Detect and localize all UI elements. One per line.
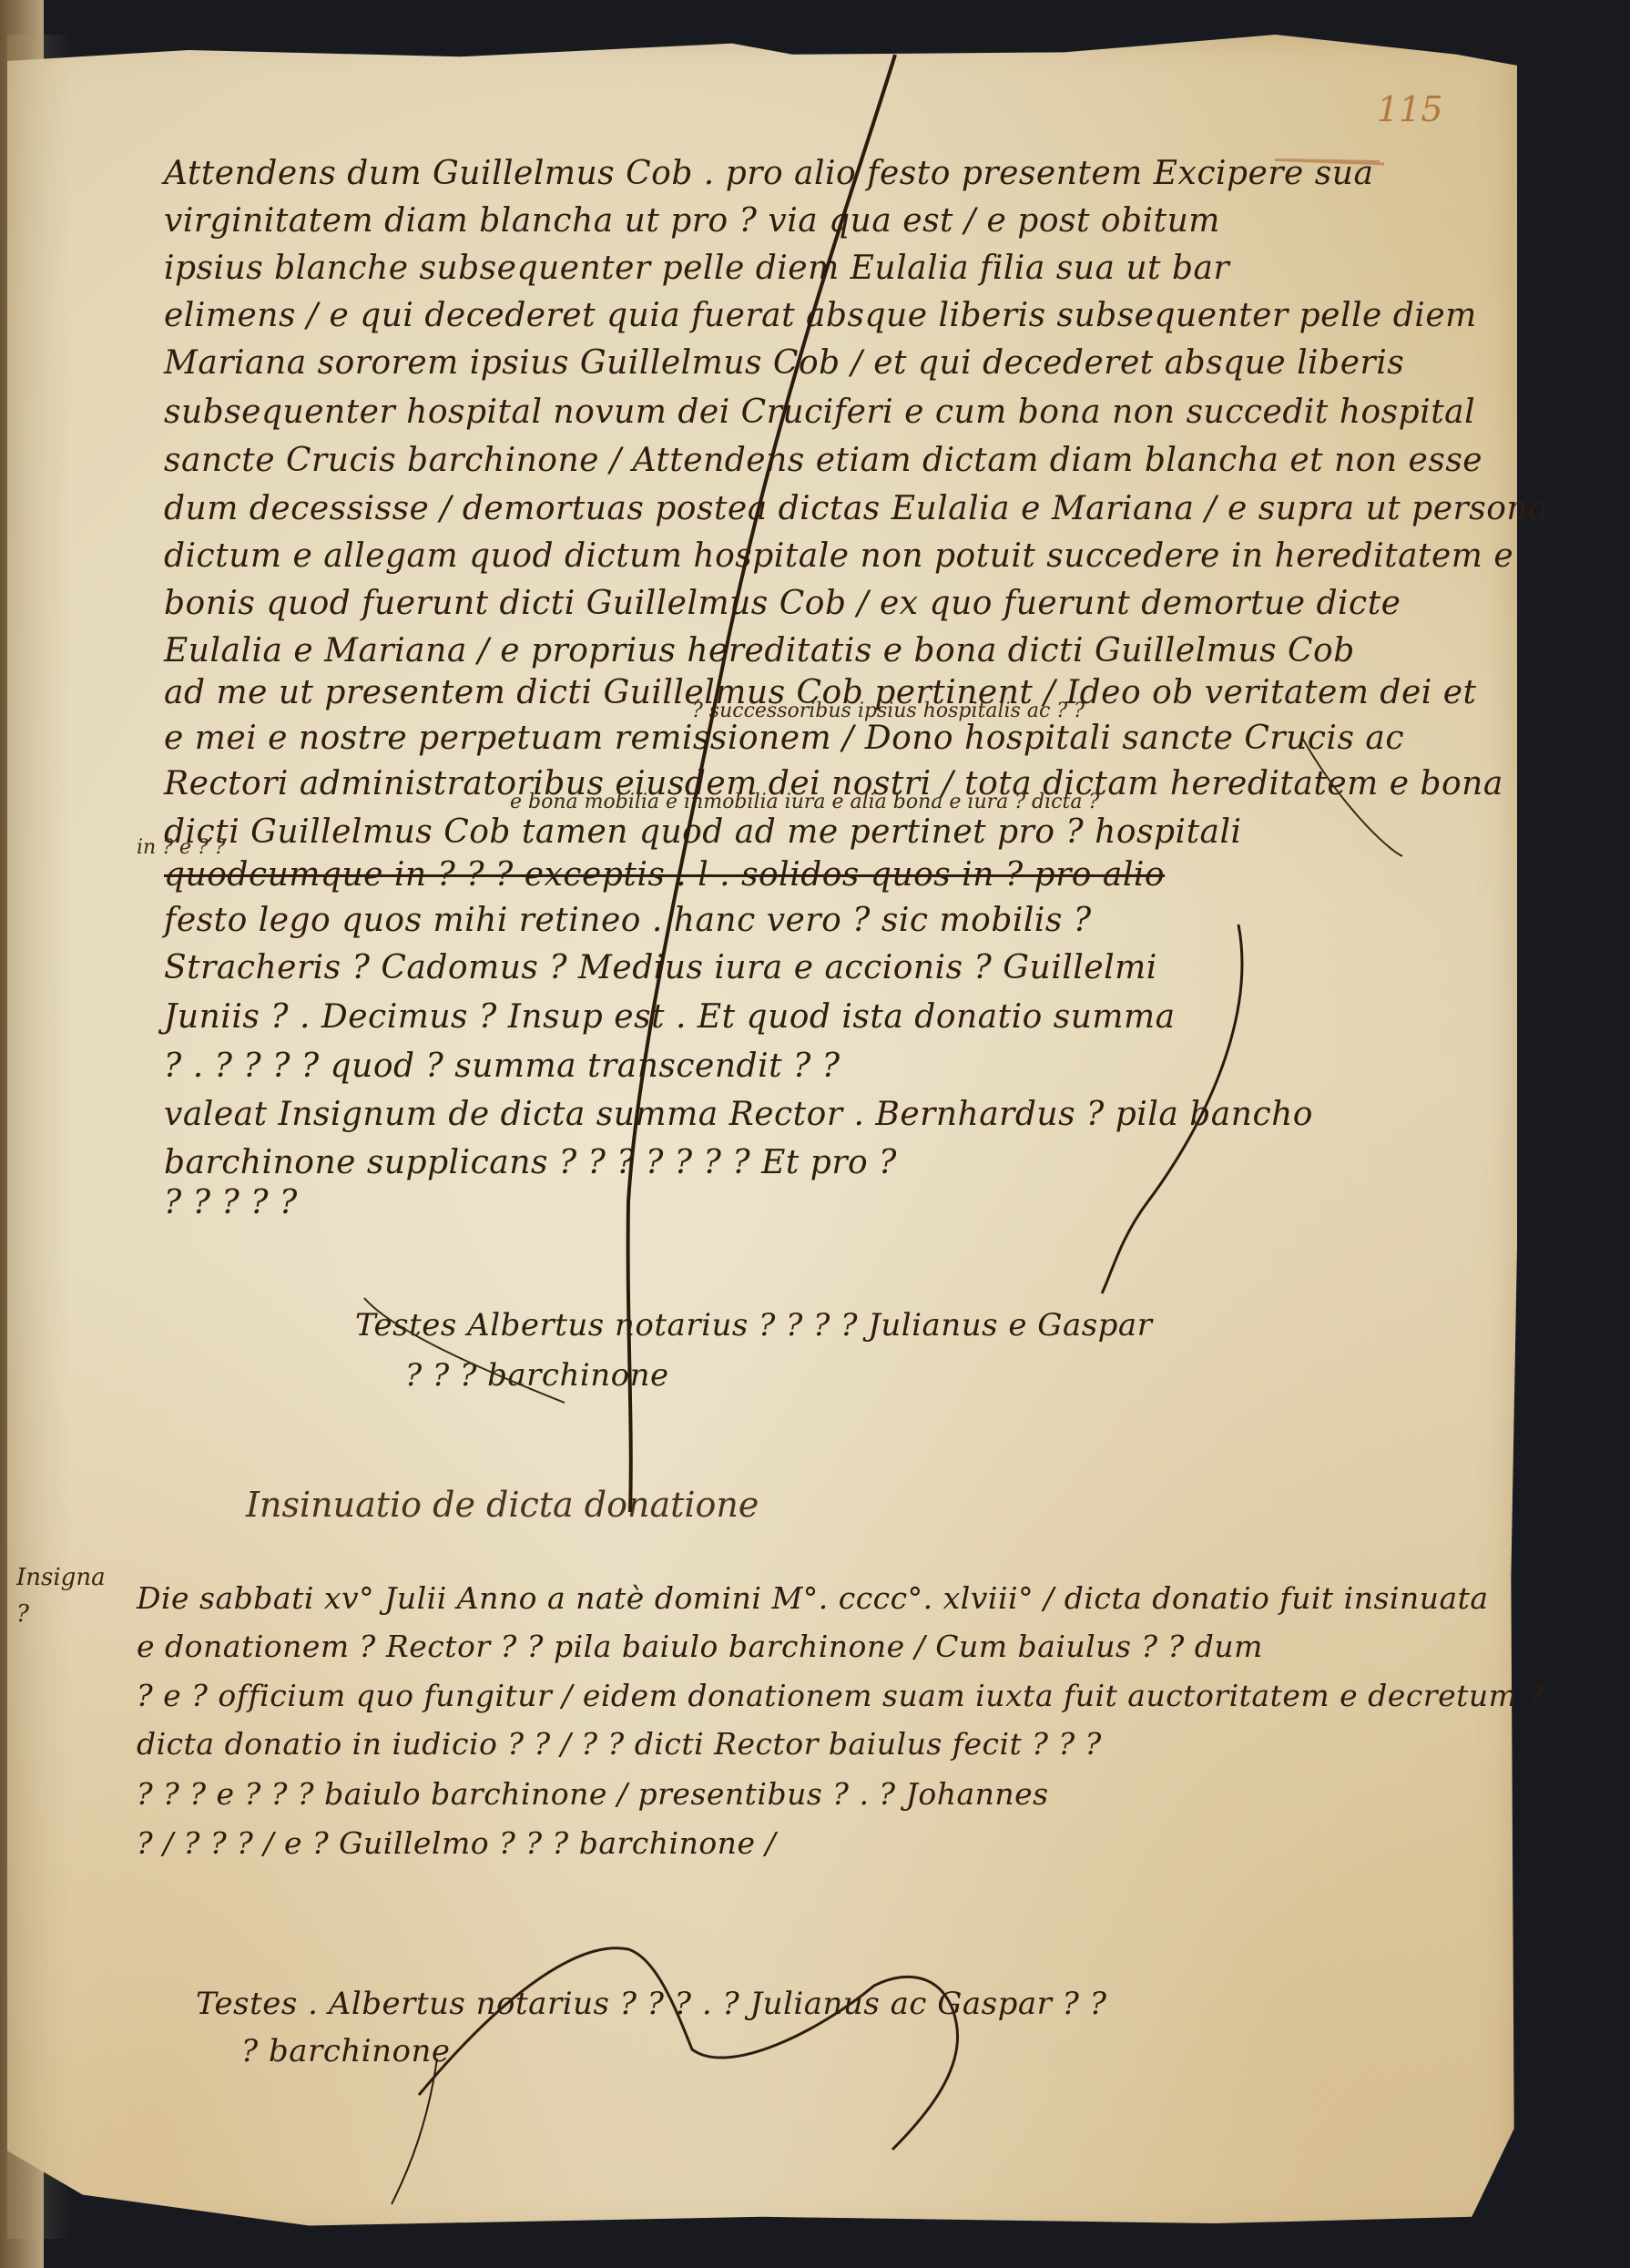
text-line: ? . ? ? ? ? quod ? summa transcendit ? ? <box>164 1047 840 1085</box>
text-line: e mei e nostre perpetuam remissionem / D… <box>164 720 1404 757</box>
witness-line: ? ? ? barchinone <box>405 1357 669 1394</box>
text-line: barchinone supplicans ? ? ? ? ? ? ? Et p… <box>164 1144 897 1181</box>
text-line: Die sabbati xv° Julii Anno a natè domini… <box>137 1580 1489 1616</box>
witness-line: ? barchinone <box>241 2033 451 2069</box>
text-line: sancte Crucis barchinone / Attendens eti… <box>164 442 1482 479</box>
margin-note: Insigna ? <box>16 1559 106 1632</box>
text-line: subsequenter hospital novum dei Crucifer… <box>164 393 1475 431</box>
text-line: virginitatem diam blancha ut pro ? via q… <box>164 202 1220 240</box>
text-line: ? e ? officium quo fungitur / eidem dona… <box>137 1678 1544 1713</box>
text-line-struck: quodcumque in ? ? ? exceptis . l . solid… <box>164 856 1165 894</box>
text-line: dicta donatio in iudicio ? ? / ? ? dicti… <box>137 1726 1102 1762</box>
text-line: e donationem ? Rector ? ? pila baiulo ba… <box>137 1629 1263 1664</box>
margin-note-line: ? <box>16 1596 106 1632</box>
text-line: dicti Guillelmus Cob tamen quod ad me pe… <box>164 813 1242 851</box>
margin-note-line: Insigna <box>16 1559 106 1596</box>
interlinear-note: in ? e ? ? <box>137 836 226 859</box>
witness-line: Testes Albertus notarius ? ? ? ? Julianu… <box>355 1307 1152 1343</box>
text-line: Eulalia e Mariana / e proprius hereditat… <box>164 632 1355 669</box>
text-line: ? ? ? e ? ? ? baiulo barchinone / presen… <box>137 1776 1049 1812</box>
text-line: ? ? ? ? ? <box>164 1184 298 1221</box>
text-line: ipsius blanche subsequenter pelle diem E… <box>164 250 1229 287</box>
text-line: dum decessisse / demortuas postea dictas… <box>164 490 1548 527</box>
text-line: festo lego quos mihi retineo . hanc vero… <box>164 902 1092 939</box>
text-line: dictum e allegam quod dictum hospitale n… <box>164 537 1513 575</box>
interlinear-note: e bona mobilia e inmobilia iura e alia b… <box>510 791 1099 813</box>
text-line: Mariana sororem ipsius Guillelmus Cob / … <box>164 344 1404 382</box>
text-line: Attendens dum Guillelmus Cob . pro alio … <box>164 155 1373 192</box>
text-line: Juniis ? . Decimus ? Insup est . Et quod… <box>164 998 1176 1036</box>
folio-number: 115 <box>1377 89 1443 129</box>
witness-line: Testes . Albertus notarius ? ? ? . ? Jul… <box>196 1986 1106 2022</box>
text-line: Stracheris ? Cadomus ? Medius iura e acc… <box>164 949 1157 986</box>
gutter-shadow <box>7 35 71 2239</box>
text-line: ? / ? ? ? / e ? Guillelmo ? ? ? barchino… <box>137 1825 776 1861</box>
text-line: valeat Insignum de dicta summa Rector . … <box>164 1096 1313 1133</box>
scan-stage: 115 Attendens dum Guillelmus Cob . pro a… <box>0 0 1630 2268</box>
text-line: elimens / e qui decederet quia fuerat ab… <box>164 297 1477 334</box>
interlinear-note: ? successoribus ipsius hospitalis ac ? ? <box>692 700 1085 722</box>
insinuation-heading: Insinuatio de dicta donatione <box>246 1485 759 1525</box>
text-line: bonis quod fuerunt dicti Guillelmus Cob … <box>164 585 1401 622</box>
